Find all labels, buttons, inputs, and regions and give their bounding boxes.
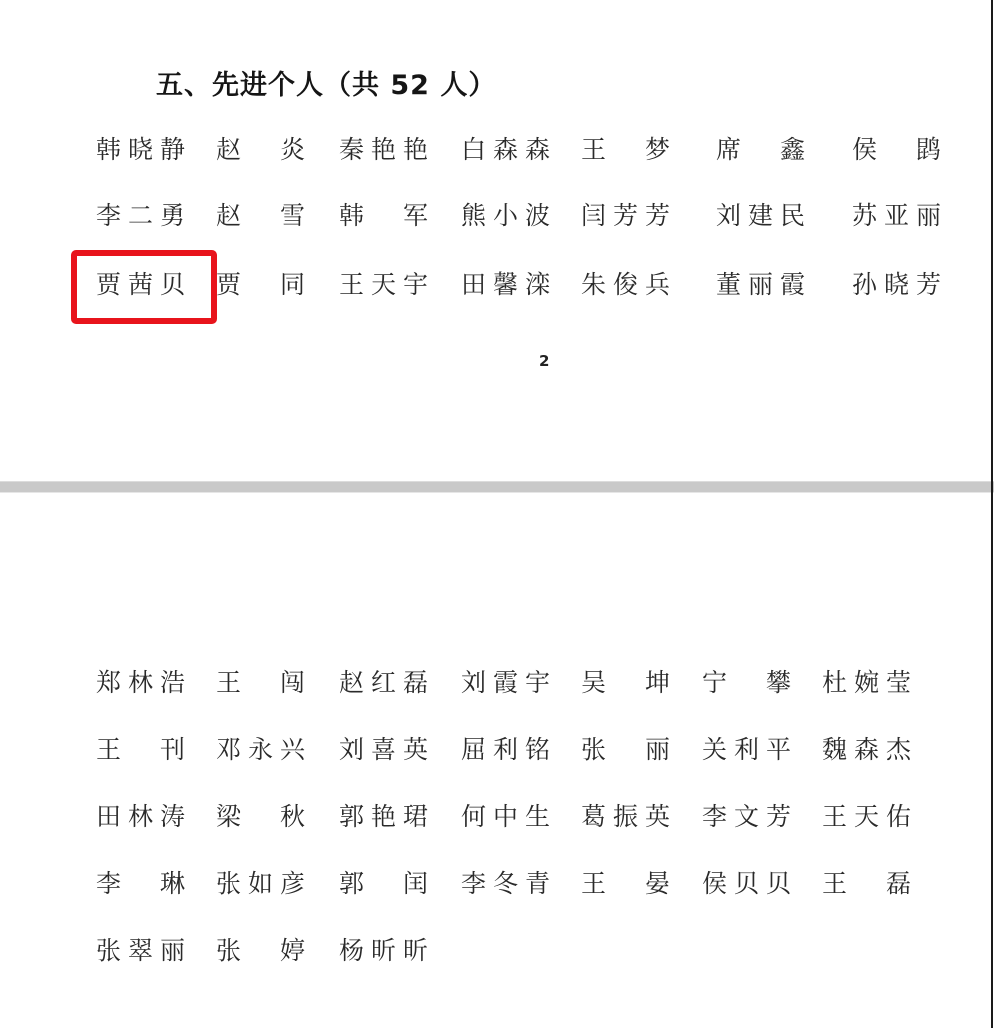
person-name: 王刊 [96, 732, 185, 768]
person-name: 王天宇 [339, 267, 428, 303]
person-name: 郭艳珺 [339, 799, 428, 835]
name-row: 李琳张如彦郭闰李冬青王晏侯贝贝王磊 [0, 866, 994, 906]
person-name: 孙晓芳 [852, 267, 941, 303]
name-row: 王刊邓永兴刘喜英屈利铭张丽关利平魏森杰 [0, 732, 994, 772]
person-name: 魏森杰 [822, 732, 911, 768]
person-name: 贾同 [216, 267, 305, 303]
person-name: 韩军 [339, 198, 428, 234]
person-name: 刘喜英 [339, 732, 428, 768]
person-name: 王闯 [216, 665, 305, 701]
person-name: 葛振英 [581, 799, 670, 835]
person-name: 赵炎 [216, 132, 305, 168]
person-name: 王天佑 [822, 799, 911, 835]
person-name: 张婷 [216, 933, 305, 969]
person-name: 田林涛 [96, 799, 185, 835]
person-name: 杜婉莹 [822, 665, 911, 701]
person-name: 李冬青 [461, 866, 550, 902]
person-name: 何中生 [461, 799, 550, 835]
person-name: 张丽 [581, 732, 670, 768]
person-name: 吴坤 [581, 665, 670, 701]
person-name: 王梦 [581, 132, 670, 168]
person-name: 赵红磊 [339, 665, 428, 701]
window-right-border [991, 0, 993, 1028]
page-number: 2 [539, 352, 549, 370]
section-title: 五、先进个人（共 52 人） [156, 63, 496, 102]
person-name: 刘霞宇 [461, 665, 550, 701]
person-name: 韩晓静 [96, 132, 185, 168]
person-name: 侯贝贝 [702, 866, 791, 902]
person-name: 刘建民 [716, 198, 805, 234]
person-name: 赵雪 [216, 198, 305, 234]
document-page-2: 郑林浩王闯赵红磊刘霞宇吴坤宁攀杜婉莹王刊邓永兴刘喜英屈利铭张丽关利平魏森杰田林涛… [0, 493, 994, 1028]
person-name: 王磊 [822, 866, 911, 902]
person-name: 张如彦 [216, 866, 305, 902]
person-name: 白森森 [461, 132, 550, 168]
name-row: 田林涛梁秋郭艳珺何中生葛振英李文芳王天佑 [0, 799, 994, 839]
person-name: 董丽霞 [716, 267, 805, 303]
name-row: 张翠丽张婷杨昕昕 [0, 933, 994, 973]
person-name: 邓永兴 [216, 732, 305, 768]
person-name: 李二勇 [96, 198, 185, 234]
person-name: 郑林浩 [96, 665, 185, 701]
page-separator [0, 481, 994, 493]
person-name: 郭闰 [339, 866, 428, 902]
person-name: 梁秋 [216, 799, 305, 835]
person-name: 杨昕昕 [339, 933, 428, 969]
person-name: 秦艳艳 [339, 132, 428, 168]
name-row: 郑林浩王闯赵红磊刘霞宇吴坤宁攀杜婉莹 [0, 665, 994, 705]
name-row: 李二勇赵雪韩军熊小波闫芳芳刘建民苏亚丽 [0, 198, 994, 238]
person-name: 李文芳 [702, 799, 791, 835]
person-name: 李琳 [96, 866, 185, 902]
person-name: 田馨滦 [461, 267, 550, 303]
person-name: 关利平 [702, 732, 791, 768]
person-name: 熊小波 [461, 198, 550, 234]
person-name: 朱俊兵 [581, 267, 670, 303]
person-name: 王晏 [581, 866, 670, 902]
name-row: 韩晓静赵炎秦艳艳白森森王梦席鑫侯鹍 [0, 132, 994, 172]
person-name: 闫芳芳 [581, 198, 670, 234]
person-name: 苏亚丽 [852, 198, 941, 234]
person-name: 张翠丽 [96, 933, 185, 969]
person-name: 宁攀 [702, 665, 791, 701]
person-name: 屈利铭 [461, 732, 550, 768]
person-name: 席鑫 [716, 132, 805, 168]
highlight-box [71, 250, 217, 324]
person-name: 侯鹍 [852, 132, 941, 168]
document-page-1: 五、先进个人（共 52 人） 韩晓静赵炎秦艳艳白森森王梦席鑫侯鹍李二勇赵雪韩军熊… [0, 0, 994, 481]
